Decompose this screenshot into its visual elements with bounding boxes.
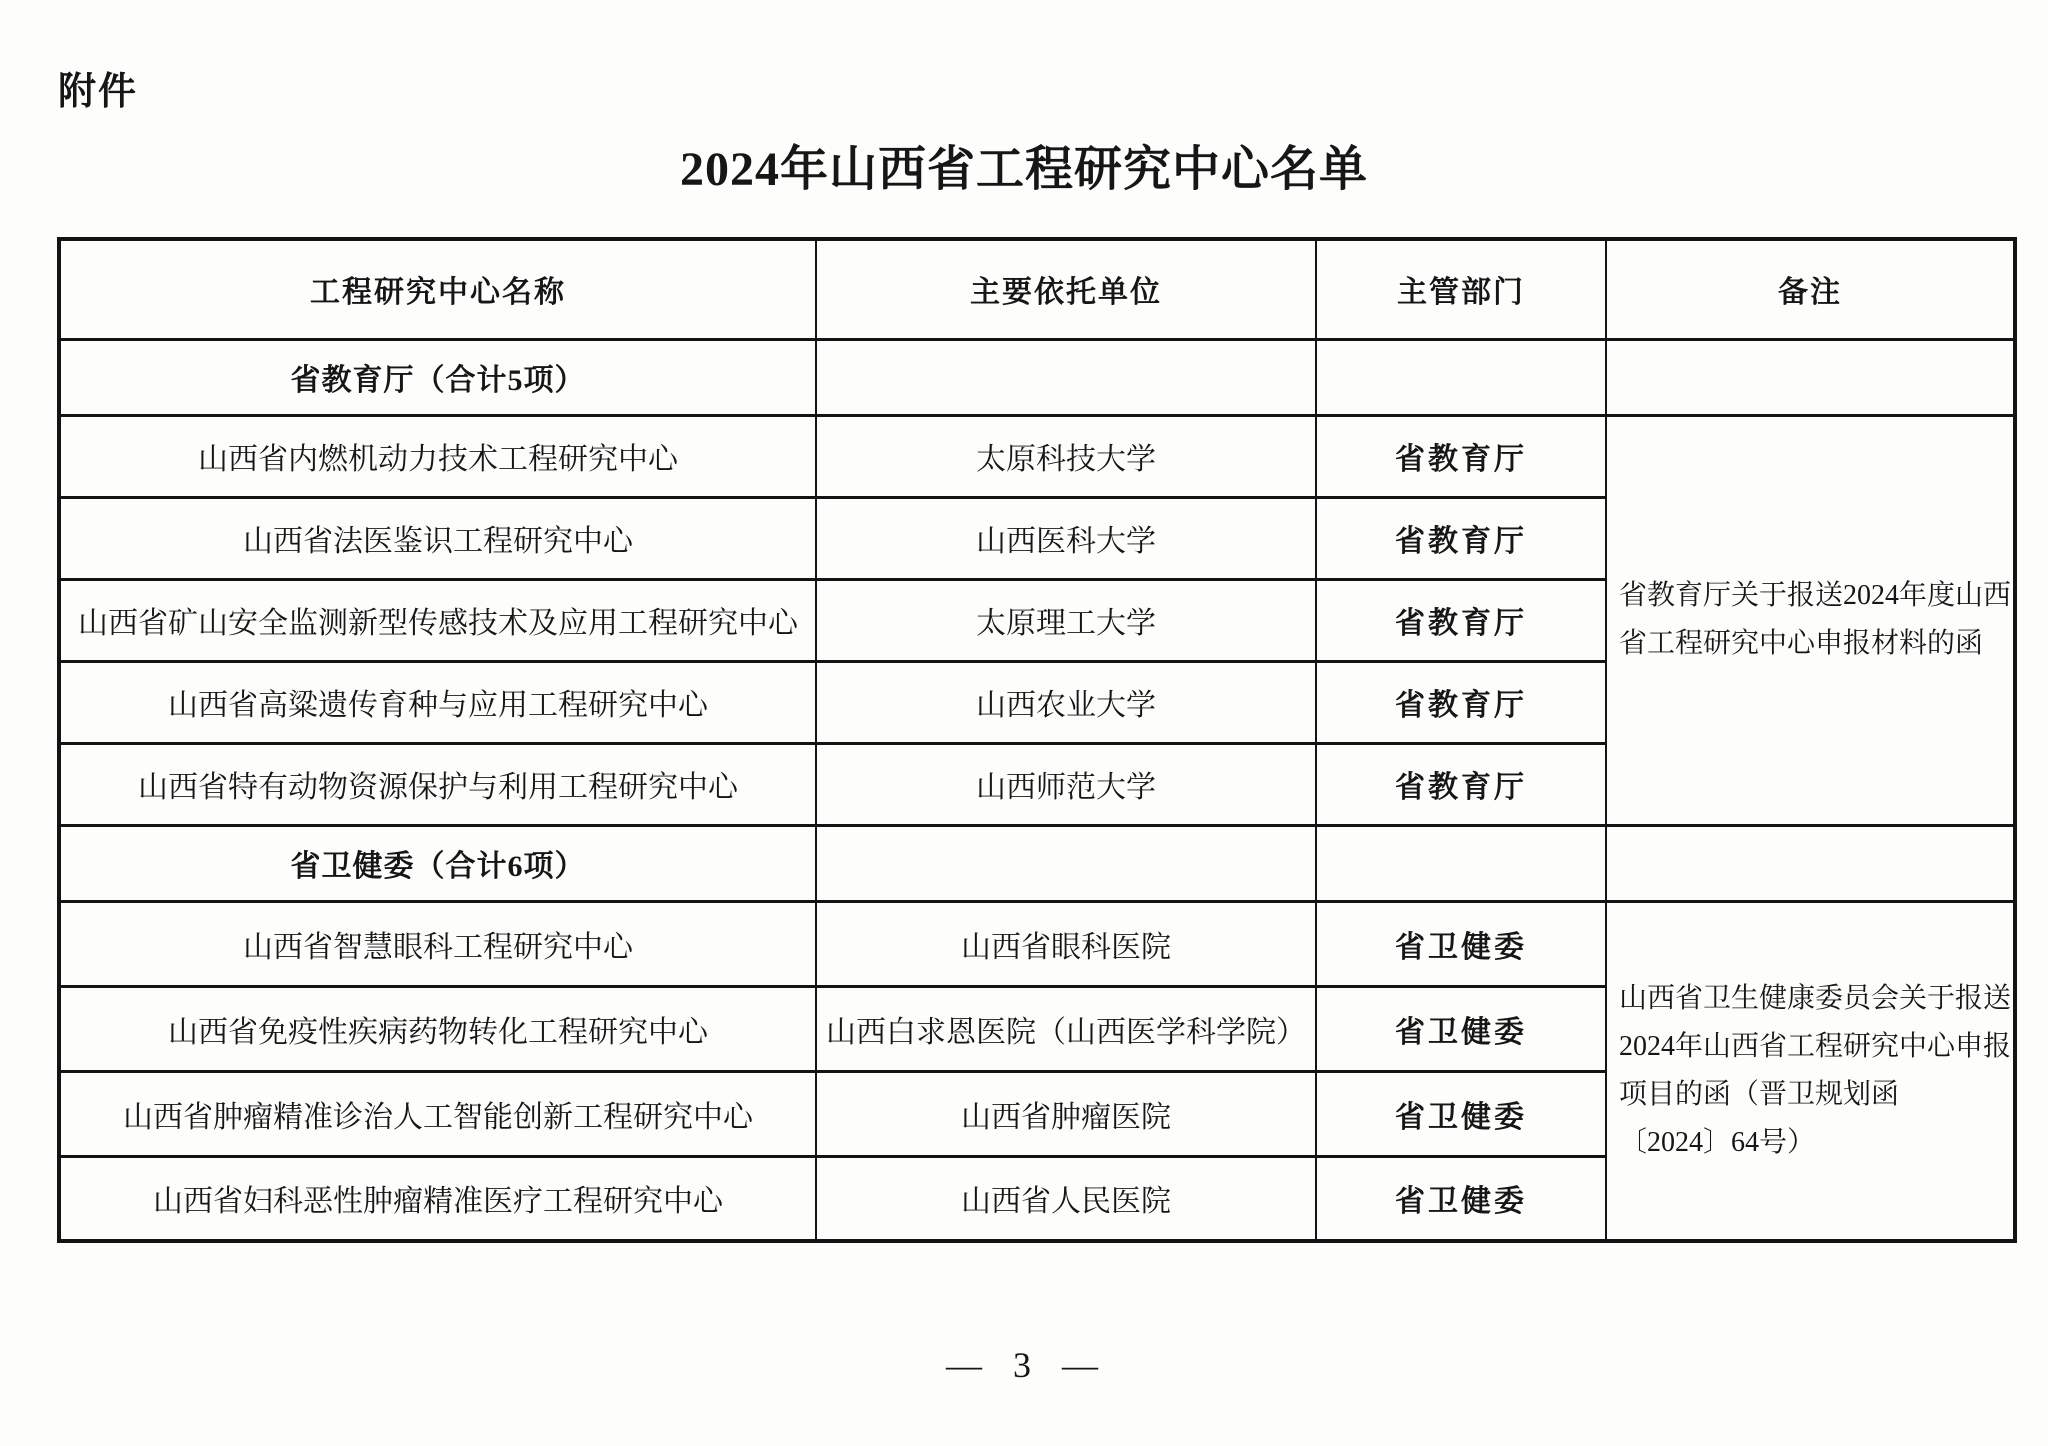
- empty-cell: [1606, 339, 2015, 415]
- supervising-dept-cell: 省教育厅: [1316, 743, 1606, 825]
- section-header-row-education: 省教育厅（合计5项）: [59, 339, 2015, 415]
- empty-cell: [816, 339, 1316, 415]
- remark-line: 省教育厅关于报送2024年度山西: [1619, 572, 2001, 620]
- remark-line: 〔2024〕64号）: [1619, 1119, 2001, 1167]
- supervising-dept-cell: 省卫健委: [1316, 1156, 1606, 1241]
- page-number: — 3 —: [0, 1344, 2048, 1386]
- col-header-supervising-dept: 主管部门: [1316, 239, 1606, 339]
- supervising-dept-cell: 省教育厅: [1316, 497, 1606, 579]
- empty-cell: [1606, 825, 2015, 901]
- center-name-cell: 山西省妇科恶性肿瘤精准医疗工程研究中心: [59, 1156, 816, 1241]
- section-header-health: 省卫健委（合计6项）: [59, 825, 816, 901]
- supporting-unit-cell: 山西省肿瘤医院: [816, 1071, 1316, 1156]
- remark-line: 2024年山西省工程研究中心申报: [1619, 1023, 2001, 1071]
- remark-line: 山西省卫生健康委员会关于报送: [1619, 975, 2001, 1023]
- document-page: 附件 2024年山西省工程研究中心名单 工程研究中心名称 主要依托单位 主管部门…: [0, 0, 2048, 1446]
- supporting-unit-cell: 山西师范大学: [816, 743, 1316, 825]
- remark-line: 省工程研究中心申报材料的函: [1619, 620, 2001, 668]
- supporting-unit-cell: 山西白求恩医院（山西医学科学院）: [816, 986, 1316, 1071]
- table-row: 山西省智慧眼科工程研究中心 山西省眼科医院 省卫健委 山西省卫生健康委员会关于报…: [59, 901, 2015, 986]
- supervising-dept-cell: 省卫健委: [1316, 986, 1606, 1071]
- remark-cell-education: 省教育厅关于报送2024年度山西 省工程研究中心申报材料的函: [1606, 415, 2015, 825]
- section-header-education: 省教育厅（合计5项）: [59, 339, 816, 415]
- supporting-unit-cell: 太原科技大学: [816, 415, 1316, 497]
- supporting-unit-cell: 山西农业大学: [816, 661, 1316, 743]
- table-header-row: 工程研究中心名称 主要依托单位 主管部门 备注: [59, 239, 2015, 339]
- supervising-dept-cell: 省教育厅: [1316, 661, 1606, 743]
- remark-line: 项目的函（晋卫规划函: [1619, 1071, 2001, 1119]
- remark-cell-health: 山西省卫生健康委员会关于报送 2024年山西省工程研究中心申报 项目的函（晋卫规…: [1606, 901, 2015, 1241]
- supporting-unit-cell: 山西省眼科医院: [816, 901, 1316, 986]
- supervising-dept-cell: 省卫健委: [1316, 1071, 1606, 1156]
- center-name-cell: 山西省免疫性疾病药物转化工程研究中心: [59, 986, 816, 1071]
- section-header-row-health: 省卫健委（合计6项）: [59, 825, 2015, 901]
- col-header-center-name: 工程研究中心名称: [59, 239, 816, 339]
- center-name-cell: 山西省法医鉴识工程研究中心: [59, 497, 816, 579]
- center-name-cell: 山西省肿瘤精准诊治人工智能创新工程研究中心: [59, 1071, 816, 1156]
- empty-cell: [1316, 825, 1606, 901]
- empty-cell: [1316, 339, 1606, 415]
- supervising-dept-cell: 省卫健委: [1316, 901, 1606, 986]
- supervising-dept-cell: 省教育厅: [1316, 415, 1606, 497]
- col-header-remarks: 备注: [1606, 239, 2015, 339]
- empty-cell: [816, 825, 1316, 901]
- col-header-supporting-unit: 主要依托单位: [816, 239, 1316, 339]
- supporting-unit-cell: 山西医科大学: [816, 497, 1316, 579]
- center-name-cell: 山西省特有动物资源保护与利用工程研究中心: [59, 743, 816, 825]
- supporting-unit-cell: 太原理工大学: [816, 579, 1316, 661]
- center-name-cell: 山西省高粱遗传育种与应用工程研究中心: [59, 661, 816, 743]
- research-centers-table: 工程研究中心名称 主要依托单位 主管部门 备注 省教育厅（合计5项） 山西省内燃…: [57, 237, 2017, 1243]
- attachment-label: 附件: [58, 60, 138, 115]
- center-name-cell: 山西省矿山安全监测新型传感技术及应用工程研究中心: [59, 579, 816, 661]
- center-name-cell: 山西省内燃机动力技术工程研究中心: [59, 415, 816, 497]
- supervising-dept-cell: 省教育厅: [1316, 579, 1606, 661]
- table-row: 山西省内燃机动力技术工程研究中心 太原科技大学 省教育厅 省教育厅关于报送202…: [59, 415, 2015, 497]
- center-name-cell: 山西省智慧眼科工程研究中心: [59, 901, 816, 986]
- supporting-unit-cell: 山西省人民医院: [816, 1156, 1316, 1241]
- page-title: 2024年山西省工程研究中心名单: [0, 130, 2048, 199]
